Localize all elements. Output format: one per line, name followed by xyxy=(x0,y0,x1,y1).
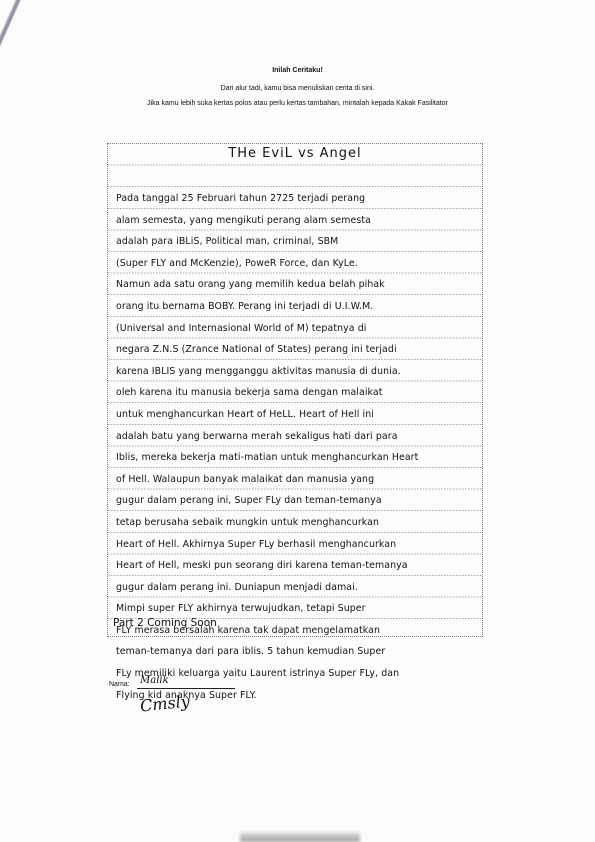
story-line: adalah para iBLiS, Political man, crimin… xyxy=(116,231,482,253)
story-line: orang itu bernama BOBY. Perang ini terja… xyxy=(116,296,482,318)
story-line: (Super FLY and McKenzie), PoweR Force, d… xyxy=(116,253,482,275)
story-line: adalah batu yang berwarna merah sekaligu… xyxy=(116,426,482,448)
story-line: Heart of Hell, meski pun seorang diri ka… xyxy=(116,555,482,577)
name-label: Nama: xyxy=(109,681,130,688)
story-line: teman-temanya dari para iblis. 5 tahun k… xyxy=(116,641,482,663)
page-title: Inilah Ceritaku! xyxy=(0,67,595,74)
page-subtitle: Dari alur tadi, kamu bisa menuliskan cer… xyxy=(0,85,595,92)
story-line: Namun ada satu orang yang memilih kedua … xyxy=(116,274,482,296)
story-line: FLy memiliki keluarga yaitu Laurent istr… xyxy=(116,663,482,685)
story-closing: Part 2 Coming Soon xyxy=(113,617,217,629)
page-instruction: Jika kamu lebih suka kertas polos atau p… xyxy=(0,100,595,107)
story-line: gugur dalam perang ini, Super FLy dan te… xyxy=(116,490,482,512)
story-line: (Universal and Internasional World of M)… xyxy=(116,318,482,340)
story-box: THe EviL vs Angel Pada tanggal 25 Februa… xyxy=(107,143,483,637)
name-underline xyxy=(137,688,235,689)
story-line: Iblis, mereka bekerja mati-matian untuk … xyxy=(116,447,482,469)
story-line: oleh karena itu manusia bekerja sama den… xyxy=(116,382,482,404)
story-line: Pada tanggal 25 Februari tahun 2725 terj… xyxy=(116,188,482,210)
story-line: karena IBLIS yang mengganggu aktivitas m… xyxy=(116,361,482,383)
story-line: tetap berusaha sebaik mungkin untuk meng… xyxy=(116,512,482,534)
story-line: negara Z.N.S (Zrance National of States)… xyxy=(116,339,482,361)
pen-mark xyxy=(0,0,25,93)
story-line: alam semesta, yang mengikuti perang alam… xyxy=(116,210,482,232)
name-value: Malik xyxy=(140,675,169,686)
story-line: gugur dalam perang ini. Duniapun menjadi… xyxy=(116,577,482,599)
story-title: THe EviL vs Angel xyxy=(108,146,482,161)
scan-shadow xyxy=(240,832,360,842)
story-line: Heart of Hell. Akhirnya Super FLy berhas… xyxy=(116,534,482,556)
story-line: of Hell. Walaupun banyak malaikat dan ma… xyxy=(116,469,482,491)
signature: Cmsly xyxy=(139,691,190,715)
story-line: untuk menghancurkan Heart of HeLL. Heart… xyxy=(116,404,482,426)
